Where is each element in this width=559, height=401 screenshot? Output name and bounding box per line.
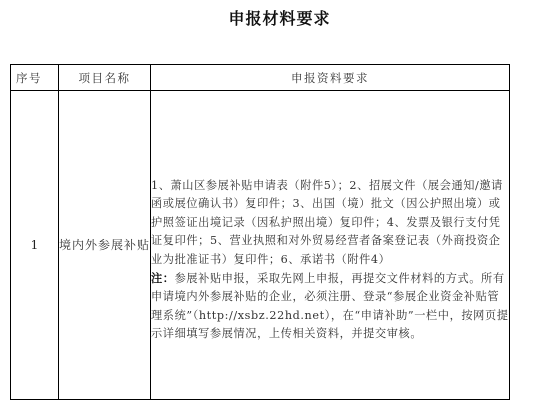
requirements-list: 1、萧山区参展补贴申请表（附件5）；2、招展文件（展会通知/邀请函或展位确认书）…: [151, 177, 509, 269]
row-index: 1: [11, 91, 59, 400]
note-label: 注：: [151, 271, 175, 285]
header-requirements: 申报资料要求: [151, 65, 510, 91]
row-requirements: 1、萧山区参展补贴申请表（附件5）；2、招展文件（展会通知/邀请函或展位确认书）…: [151, 91, 510, 400]
header-project-name: 项目名称: [59, 65, 151, 91]
requirements-table: 序号 项目名称 申报资料要求 1 境内外参展补贴 1、萧山区参展补贴申请表（附件…: [10, 64, 510, 400]
table-header-row: 序号 项目名称 申报资料要求: [11, 65, 510, 91]
note-text: 参展补贴申报，采取先网上申报，再提交文件材料的方式。所有申请境内外参展补贴的企业…: [151, 272, 509, 340]
header-index: 序号: [11, 65, 59, 91]
document-title: 申报材料要求: [0, 6, 559, 29]
row-project-name: 境内外参展补贴: [59, 91, 151, 400]
table-row: 1 境内外参展补贴 1、萧山区参展补贴申请表（附件5）；2、招展文件（展会通知/…: [11, 91, 510, 400]
requirements-note: 注：参展补贴申报，采取先网上申报，再提交文件材料的方式。所有申请境内外参展补贴的…: [151, 269, 509, 344]
